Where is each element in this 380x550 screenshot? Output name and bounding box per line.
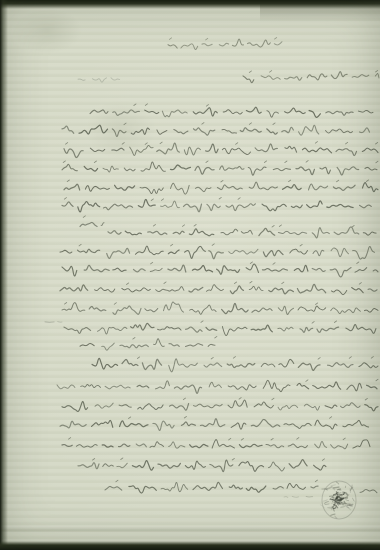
- body-line: [62, 438, 370, 449]
- ink-stamp: [320, 481, 356, 519]
- body-line: [62, 161, 378, 176]
- heading-line: [168, 38, 282, 50]
- body-line: [64, 180, 378, 194]
- body-line: [62, 398, 378, 412]
- body-line: [90, 104, 373, 118]
- handwriting-layer: [0, 0, 380, 550]
- body-line: [60, 416, 369, 430]
- body-line: [62, 197, 371, 212]
- body-line: [62, 302, 378, 315]
- body-line: [64, 321, 376, 336]
- body-line: [57, 379, 378, 393]
- closing-line: [105, 480, 318, 493]
- body-line: [80, 216, 104, 227]
- body-line: [108, 225, 376, 238]
- tiny-stamp-text: [284, 497, 313, 498]
- body-line: [60, 244, 375, 259]
- body-line: [64, 142, 378, 158]
- scan-edge-top: [0, 0, 380, 9]
- closing-line: [360, 490, 377, 493]
- body-line: [78, 458, 326, 472]
- scan-edge-bottom: [0, 541, 380, 550]
- body-line: [62, 123, 370, 137]
- body-line: [80, 336, 217, 350]
- margin-mark: [45, 322, 62, 323]
- scan-edge-left: [0, 0, 8, 550]
- dateline: [243, 70, 379, 82]
- scanned-letter-page: [0, 0, 380, 550]
- body-line: [62, 262, 378, 277]
- body-line: [60, 281, 377, 294]
- pencil-annotation: [78, 78, 120, 83]
- body-line: [92, 357, 378, 372]
